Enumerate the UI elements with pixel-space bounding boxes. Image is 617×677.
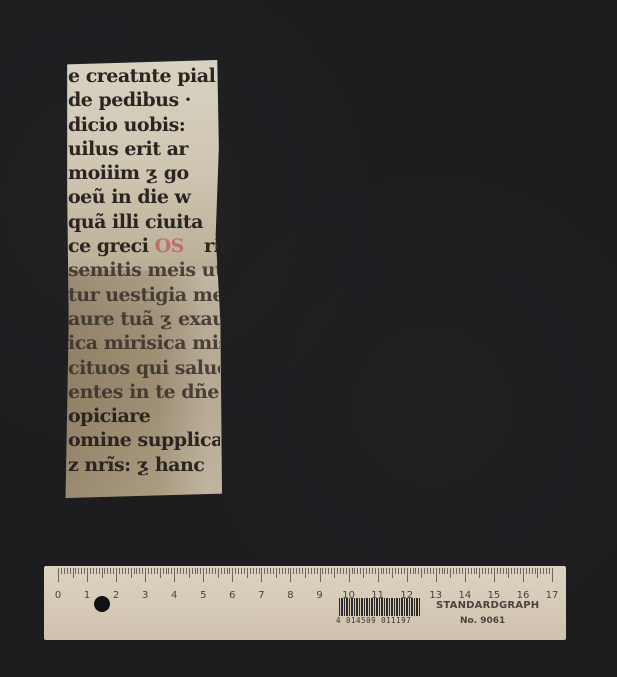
- ruler-tick: [322, 568, 323, 574]
- ruler-tick: [136, 568, 137, 574]
- ruler-tick: [546, 568, 547, 574]
- ruler-hanging-hole: [94, 596, 110, 612]
- manuscript-fragment: e creatnte pial de pedibus · dicio uobis…: [64, 60, 222, 498]
- ruler-tick: [537, 568, 538, 578]
- ruler-tick: [102, 568, 103, 578]
- ruler-tick: [157, 568, 158, 574]
- ruler-tick: [131, 568, 132, 578]
- ruler-tick: [235, 568, 236, 574]
- ruler-tick: [346, 568, 347, 574]
- ruler-tick: [474, 568, 475, 574]
- text-line: uilus erit ar: [68, 137, 220, 161]
- ruler-tick: [73, 568, 74, 578]
- text-line: semitis meis ut n: [68, 258, 220, 282]
- ruler-tick: [186, 568, 187, 574]
- ruler-tick: [238, 568, 239, 574]
- ruler-tick: [511, 568, 512, 574]
- ruler-tick: [174, 568, 175, 582]
- text-line: ica mirisica miseri: [68, 331, 220, 355]
- ruler-tick: [386, 568, 387, 574]
- ruler-tick: [552, 568, 553, 582]
- ruler-tick: [299, 568, 300, 574]
- ruler-tick: [543, 568, 544, 574]
- ruler-tick: [209, 568, 210, 574]
- ruler-number: 6: [229, 590, 235, 601]
- ruler-tick: [70, 568, 71, 574]
- ruler-tick: [279, 568, 280, 574]
- ruler-tick: [372, 568, 373, 574]
- ruler-tick: [227, 568, 228, 574]
- ruler-tick: [337, 568, 338, 574]
- ruler-tick: [166, 568, 167, 574]
- ruler-tick: [75, 568, 76, 574]
- ruler-tick: [366, 568, 367, 574]
- ruler-tick: [430, 568, 431, 574]
- ruler-number: 17: [546, 590, 559, 601]
- ruler-tick: [410, 568, 411, 574]
- text-line: aure tuã ƺ exaudi: [68, 307, 220, 331]
- ruler-tick: [343, 568, 344, 574]
- ruler-number: 3: [142, 590, 148, 601]
- ruler-tick: [203, 568, 204, 582]
- manuscript-text: e creatnte pial de pedibus · dicio uobis…: [68, 64, 220, 477]
- ruler-tick: [267, 568, 268, 574]
- ruler-tick: [378, 568, 379, 582]
- ruler-tick: [317, 568, 318, 574]
- text-line: de pedibus ·: [68, 88, 220, 112]
- text-line: tur uestigia mea: [68, 283, 220, 307]
- ruler-tick: [87, 568, 88, 582]
- ruler-tick: [404, 568, 405, 574]
- ruler-tick: [413, 568, 414, 574]
- ruler-tick: [290, 568, 291, 582]
- ruler-tick: [433, 568, 434, 574]
- ruler-tick: [549, 568, 550, 574]
- ruler-tick: [526, 568, 527, 574]
- ruler-tick: [163, 568, 164, 574]
- ruler-model: No. 9061: [460, 616, 505, 626]
- ruler-tick: [154, 568, 155, 574]
- ruler-tick: [468, 568, 469, 574]
- ruler-tick: [244, 568, 245, 574]
- ruler-tick: [381, 568, 382, 574]
- ruler-tick: [471, 568, 472, 574]
- ruler-tick: [58, 568, 59, 582]
- text-line: quã illi ciuita: [68, 210, 220, 234]
- ruler-tick: [84, 568, 85, 574]
- ruler-tick: [517, 568, 518, 574]
- ruler-tick: [491, 568, 492, 574]
- ruler-tick: [81, 568, 82, 574]
- ruler-tick: [488, 568, 489, 574]
- ruler-tick: [119, 568, 120, 574]
- ruler-tick: [421, 568, 422, 578]
- ruler-tick: [447, 568, 448, 574]
- ruler-tick: [407, 568, 408, 582]
- ruler-tick: [215, 568, 216, 574]
- ruler-tick: [61, 568, 62, 574]
- ruler-tick: [334, 568, 335, 578]
- ruler-tick: [482, 568, 483, 574]
- ruler-tick: [200, 568, 201, 574]
- ruler-tick: [151, 568, 152, 574]
- ruler-tick: [398, 568, 399, 574]
- ruler-tick: [389, 568, 390, 574]
- ruler-tick: [224, 568, 225, 574]
- ruler-tick: [192, 568, 193, 574]
- text-segment: ce greci: [68, 235, 148, 257]
- ruler-tick: [256, 568, 257, 574]
- ruler-tick: [363, 568, 364, 578]
- ruler-tick: [104, 568, 105, 574]
- ruler-tick: [183, 568, 184, 574]
- text-line: e creatnte pial: [68, 64, 220, 88]
- ruler-tick: [241, 568, 242, 574]
- ruler-tick: [395, 568, 396, 574]
- text-line: cituos qui saluos fi: [68, 356, 220, 380]
- ruler-tick: [465, 568, 466, 582]
- ruler-tick: [259, 568, 260, 574]
- ruler-tick: [134, 568, 135, 574]
- ruler-tick: [122, 568, 123, 574]
- ruler-tick: [168, 568, 169, 574]
- ruler-tick: [305, 568, 306, 578]
- ruler-tick: [218, 568, 219, 578]
- red-rubric: OS: [155, 235, 184, 257]
- ruler-tick: [427, 568, 428, 574]
- ruler-tick: [116, 568, 117, 582]
- ruler-tick: [253, 568, 254, 574]
- ruler-tick: [375, 568, 376, 574]
- ruler-tick: [331, 568, 332, 574]
- ruler-tick: [261, 568, 262, 582]
- ruler-tick: [232, 568, 233, 582]
- ruler-tick: [171, 568, 172, 574]
- ruler-tick: [349, 568, 350, 582]
- ruler-tick: [514, 568, 515, 574]
- ruler-tick: [67, 568, 68, 574]
- ruler-tick: [110, 568, 111, 574]
- text-line-with-rubric: ce greci OS ri:: [68, 234, 220, 258]
- ruler-tick: [369, 568, 370, 574]
- text-line: oeũ in die w: [68, 185, 220, 209]
- ruler-tick: [145, 568, 146, 582]
- ruler-tick: [180, 568, 181, 574]
- ruler-ticks: 01234567891011121314151617: [58, 568, 552, 588]
- ruler-tick: [212, 568, 213, 574]
- ruler-tick: [93, 568, 94, 574]
- ruler-tick: [357, 568, 358, 574]
- text-line: entes in te dñe.: [68, 380, 220, 404]
- ruler-tick: [302, 568, 303, 574]
- ruler-tick: [128, 568, 129, 574]
- ruler-tick: [276, 568, 277, 578]
- ruler-tick: [285, 568, 286, 574]
- ruler-tick: [352, 568, 353, 574]
- ruler-brand: STANDARDGRAPH: [436, 600, 539, 611]
- ruler-number: 9: [316, 590, 322, 601]
- ruler-tick: [383, 568, 384, 574]
- ruler-tick: [139, 568, 140, 574]
- ruler-tick: [288, 568, 289, 574]
- ruler-tick: [328, 568, 329, 574]
- ruler-tick: [479, 568, 480, 578]
- text-line: opiciare: [68, 404, 220, 428]
- ruler-tick: [476, 568, 477, 574]
- ruler-tick: [195, 568, 196, 574]
- ruler-tick: [273, 568, 274, 574]
- ruler-tick: [459, 568, 460, 574]
- ruler-tick: [520, 568, 521, 574]
- ruler-tick: [360, 568, 361, 574]
- ruler-tick: [247, 568, 248, 578]
- ruler-tick: [113, 568, 114, 574]
- ruler-tick: [506, 568, 507, 574]
- ruler-number: 8: [287, 590, 293, 601]
- ruler-tick: [314, 568, 315, 574]
- ruler-tick: [90, 568, 91, 574]
- ruler-tick: [340, 568, 341, 574]
- ruler-tick: [508, 568, 509, 578]
- ruler-tick: [532, 568, 533, 574]
- ruler-tick: [500, 568, 501, 574]
- ruler-number: 7: [258, 590, 264, 601]
- ruler-number: 4: [171, 590, 177, 601]
- ruler-tick: [293, 568, 294, 574]
- ruler-tick: [206, 568, 207, 574]
- ruler-number: 1: [84, 590, 90, 601]
- ruler-tick: [308, 568, 309, 574]
- ruler-tick: [96, 568, 97, 574]
- ruler-tick: [401, 568, 402, 574]
- text-line: omine supplica: [68, 428, 220, 452]
- ruler-tick: [424, 568, 425, 574]
- ruler-tick: [64, 568, 65, 574]
- ruler-number: 5: [200, 590, 206, 601]
- ruler-tick: [456, 568, 457, 574]
- ruler-tick: [99, 568, 100, 574]
- ruler-tick: [282, 568, 283, 574]
- ruler-number: 0: [55, 590, 61, 601]
- ruler-tick: [250, 568, 251, 574]
- ruler-tick: [107, 568, 108, 574]
- barcode-number: 4 014509 011197: [336, 616, 411, 625]
- text-line: moiiim ƺ go: [68, 161, 220, 185]
- ruler-tick: [535, 568, 536, 574]
- text-line: dicio uobis:: [68, 113, 220, 137]
- text-line: z nrĩs: ƺ hanc: [68, 453, 220, 477]
- ruler-tick: [311, 568, 312, 574]
- ruler-tick: [503, 568, 504, 574]
- ruler-tick: [160, 568, 161, 578]
- ruler-tick: [418, 568, 419, 574]
- ruler-tick: [189, 568, 190, 578]
- ruler-tick: [450, 568, 451, 578]
- ruler-tick: [325, 568, 326, 574]
- ruler-tick: [523, 568, 524, 582]
- ruler-tick: [453, 568, 454, 574]
- ruler-tick: [415, 568, 416, 574]
- ruler-tick: [229, 568, 230, 574]
- scale-ruler: 01234567891011121314151617 4 014509 0111…: [44, 566, 566, 640]
- ruler-tick: [442, 568, 443, 574]
- ruler-tick: [494, 568, 495, 582]
- ruler-tick: [221, 568, 222, 574]
- ruler-tick: [436, 568, 437, 582]
- barcode: [339, 598, 421, 616]
- ruler-tick: [444, 568, 445, 574]
- ruler-tick: [485, 568, 486, 574]
- ruler-tick: [148, 568, 149, 574]
- ruler-tick: [296, 568, 297, 574]
- ruler-tick: [529, 568, 530, 574]
- ruler-tick: [540, 568, 541, 574]
- ruler-tick: [125, 568, 126, 574]
- ruler-tick: [497, 568, 498, 574]
- ruler-tick: [197, 568, 198, 574]
- ruler-tick: [78, 568, 79, 574]
- ruler-tick: [354, 568, 355, 574]
- ruler-tick: [270, 568, 271, 574]
- ruler-number: 2: [113, 590, 119, 601]
- ruler-tick: [392, 568, 393, 578]
- ruler-tick: [177, 568, 178, 574]
- ruler-tick: [462, 568, 463, 574]
- ruler-tick: [264, 568, 265, 574]
- ruler-tick: [320, 568, 321, 582]
- ruler-tick: [142, 568, 143, 574]
- ruler-tick: [439, 568, 440, 574]
